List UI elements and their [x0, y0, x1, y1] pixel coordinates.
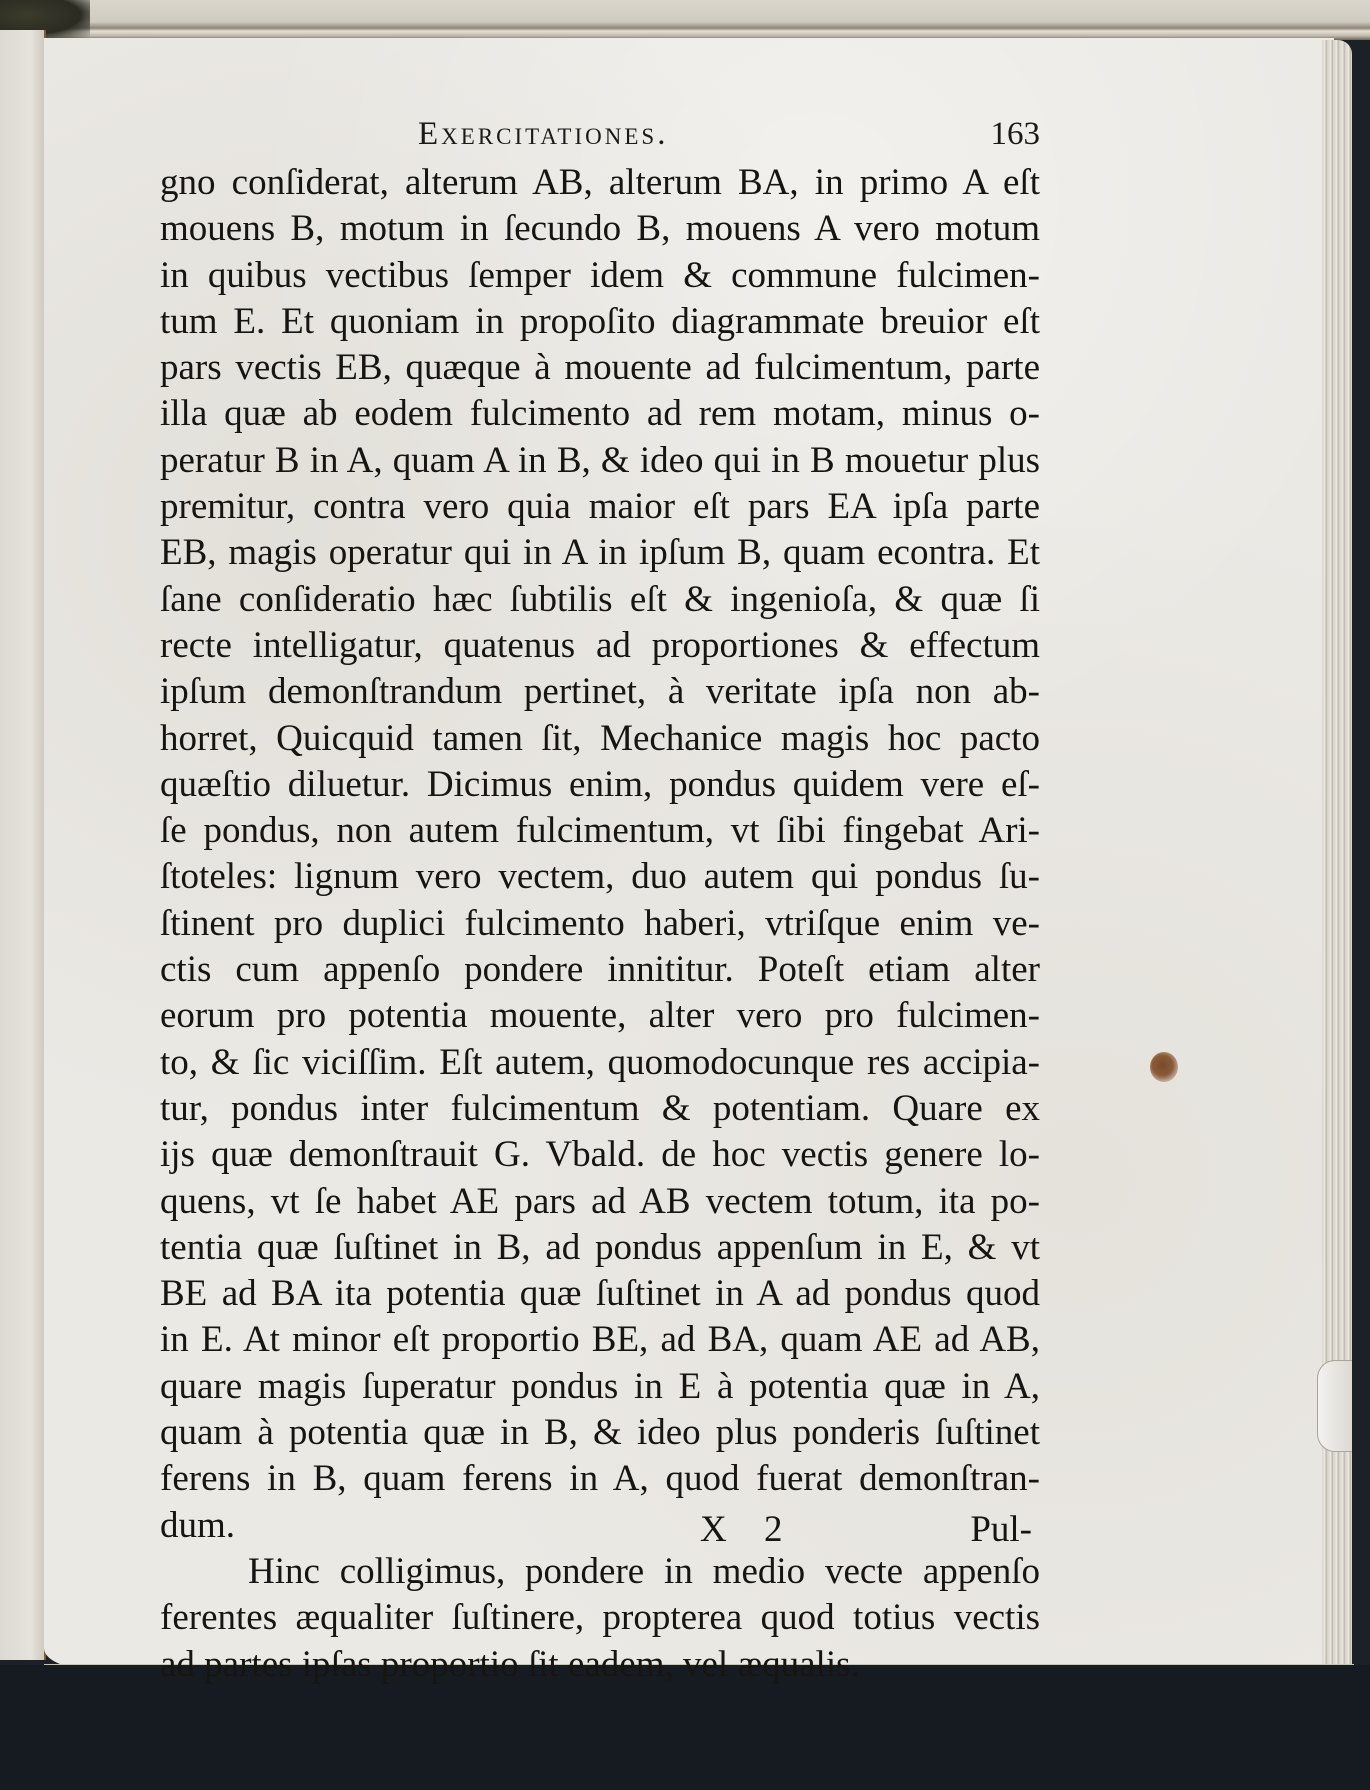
running-head: Exercitationes. 163: [160, 112, 1040, 162]
text-line: premitur, contra vero quia maior eſt par…: [160, 484, 1040, 530]
text-line: quæſtio diluetur. Dicimus enim, pondus q…: [160, 762, 1040, 808]
text-line: in E. At minor eſt proportio BE, ad BA, …: [160, 1317, 1040, 1363]
running-title: Exercitationes.: [418, 116, 668, 153]
text-line: horret, Quicquid tamen ſit, Mechanice ma…: [160, 716, 1040, 762]
text-line: ad partes ipſas proportio ſit eadem, vel…: [160, 1642, 1040, 1688]
text-line: eorum pro potentia mouente, alter vero p…: [160, 993, 1040, 1039]
text-line: quam à potentia quæ in B, & ideo plus po…: [160, 1410, 1040, 1456]
text-line: illa quæ ab eodem fulcimento ad rem mota…: [160, 391, 1040, 437]
foxing-stain: [1150, 1052, 1178, 1082]
body-text: gno conſiderat, alterum AB, alterum BA, …: [160, 160, 1040, 1688]
text-line: tum E. Et quoniam in propoſito diagramma…: [160, 299, 1040, 345]
text-line: ferentes æqualiter ſuſtinere, propterea …: [160, 1595, 1040, 1641]
text-line: ipſum demonſtrandum pertinet, à veritate…: [160, 669, 1040, 715]
text-line: quare magis ſuperatur pondus in E à pote…: [160, 1364, 1040, 1410]
text-line: EB, magis operatur qui in A in ipſum B, …: [160, 530, 1040, 576]
text-line: in quibus vectibus ſemper idem & commune…: [160, 253, 1040, 299]
text-line: BE ad BA ita potentia quæ ſuſtinet in A …: [160, 1271, 1040, 1317]
text-line: mouens B, motum in ſecundo B, mouens A v…: [160, 206, 1040, 252]
text-line: tentia quæ ſuſtinet in B, ad pondus appe…: [160, 1225, 1040, 1271]
text-line: ferens in B, quam ferens in A, quod fuer…: [160, 1456, 1040, 1502]
page-number: 163: [991, 116, 1041, 153]
text-line: ſane conſideratio hæc ſubtilis eſt & ing…: [160, 577, 1040, 623]
book-top-edge: [0, 0, 1370, 40]
text-line: recte intelligatur, quatenus ad proporti…: [160, 623, 1040, 669]
text-line: tur, pondus inter fulcimentum & potentia…: [160, 1086, 1040, 1132]
paragraph-start-line: Hinc colligimus, pondere in medio vecte …: [160, 1549, 1040, 1595]
scanned-book-spread: Exercitationes. 163 gno conſiderat, alte…: [0, 0, 1370, 1790]
text-line: ctis cum appenſo pondere innititur. Pote…: [160, 947, 1040, 993]
text-line: quens, vt ſe habet AE pars ad AB vectem …: [160, 1179, 1040, 1225]
text-line: ſe pondus, non autem fulcimentum, vt ſib…: [160, 808, 1040, 854]
text-line: peratur B in A, quam A in B, & ideo qui …: [160, 438, 1040, 484]
text-line: ſtoteles: lignum vero vectem, duo autem …: [160, 854, 1040, 900]
text-line: pars vectis EB, quæque à mouente ad fulc…: [160, 345, 1040, 391]
page-clip-tab: [1317, 1360, 1352, 1452]
left-page-sliver: [0, 30, 46, 1660]
text-line: ijs quæ demonſtrauit G. Vbald. de hoc ve…: [160, 1132, 1040, 1178]
text-line: gno conſiderat, alterum AB, alterum BA, …: [160, 160, 1040, 206]
signature-mark: X 2: [700, 1508, 796, 1551]
text-line: ſtinent pro duplici fulcimento haberi, v…: [160, 901, 1040, 947]
catchword: Pul-: [970, 1508, 1032, 1551]
page-foot: X 2 Pul-: [160, 1508, 1040, 1554]
text-line: to, & ſic viciſſim. Eſt autem, quomodocu…: [160, 1040, 1040, 1086]
